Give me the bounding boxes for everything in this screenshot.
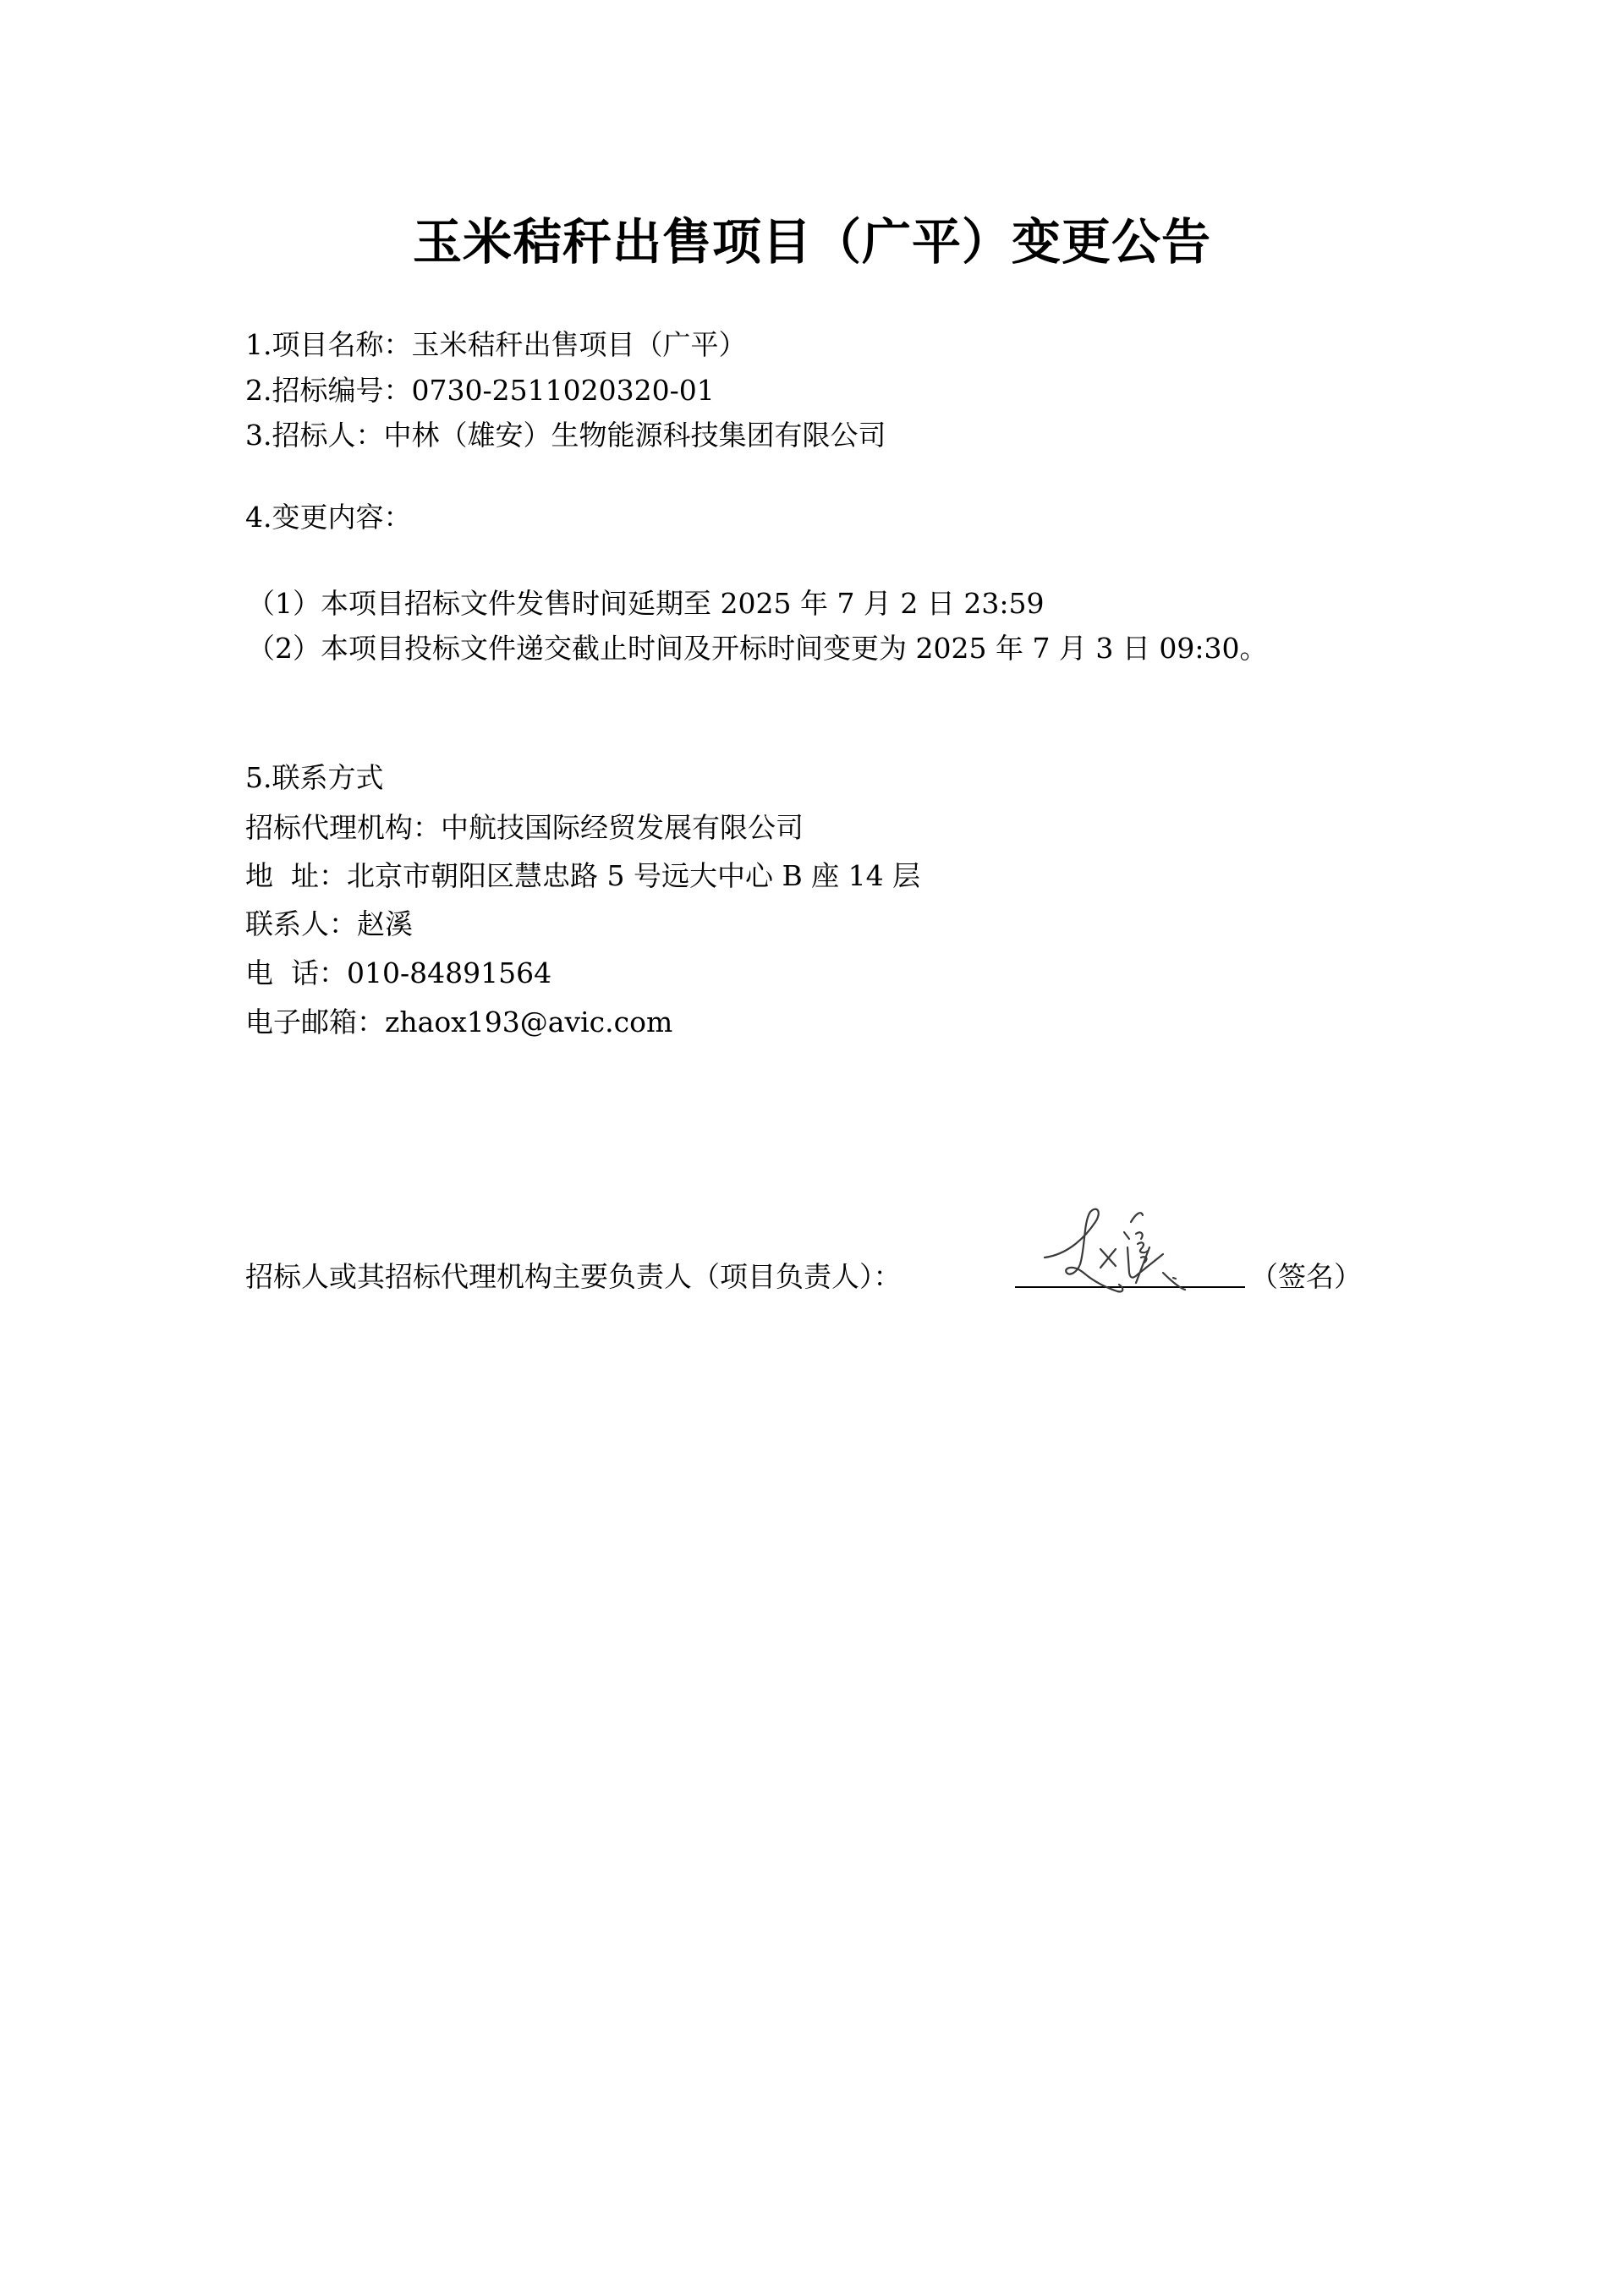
- contact-heading: 5.联系方式: [245, 759, 384, 797]
- contact-email: 电子邮箱：zhaox193@avic.com: [245, 1004, 672, 1041]
- signature-suffix: （签名）: [1250, 1258, 1362, 1296]
- signature-label: 招标人或其招标代理机构主要负责人（项目负责人）：: [245, 1258, 902, 1296]
- change-item-2: （2）本项目投标文件递交截止时间及开标时间变更为 2025 年 7 月 3 日 …: [247, 630, 1268, 667]
- changes-heading: 4.变更内容：: [245, 499, 412, 536]
- contact-agency: 招标代理机构：中航技国际经贸发展有限公司: [245, 809, 804, 847]
- page-title: 玉米秸秆出售项目（广平）变更公告: [0, 210, 1624, 274]
- handwritten-signature-icon: [1036, 1197, 1231, 1307]
- tenderer-line: 3.招标人：中林（雄安）生物能源科技集团有限公司: [245, 417, 886, 454]
- contact-person: 联系人：赵溪: [245, 906, 413, 943]
- contact-address: 地 址：北京市朝阳区慧忠路 5 号远大中心 B 座 14 层: [245, 858, 920, 895]
- document-page: 玉米秸秆出售项目（广平）变更公告 1.项目名称：玉米秸秆出售项目（广平） 2.招…: [0, 0, 1624, 2296]
- change-item-1: （1）本项目招标文件发售时间延期至 2025 年 7 月 2 日 23:59: [247, 585, 1045, 622]
- project-name-line: 1.项目名称：玉米秸秆出售项目（广平）: [245, 326, 747, 364]
- tender-number-line: 2.招标编号：0730-2511020320-01: [245, 372, 715, 409]
- contact-phone: 电 话：010-84891564: [245, 955, 551, 992]
